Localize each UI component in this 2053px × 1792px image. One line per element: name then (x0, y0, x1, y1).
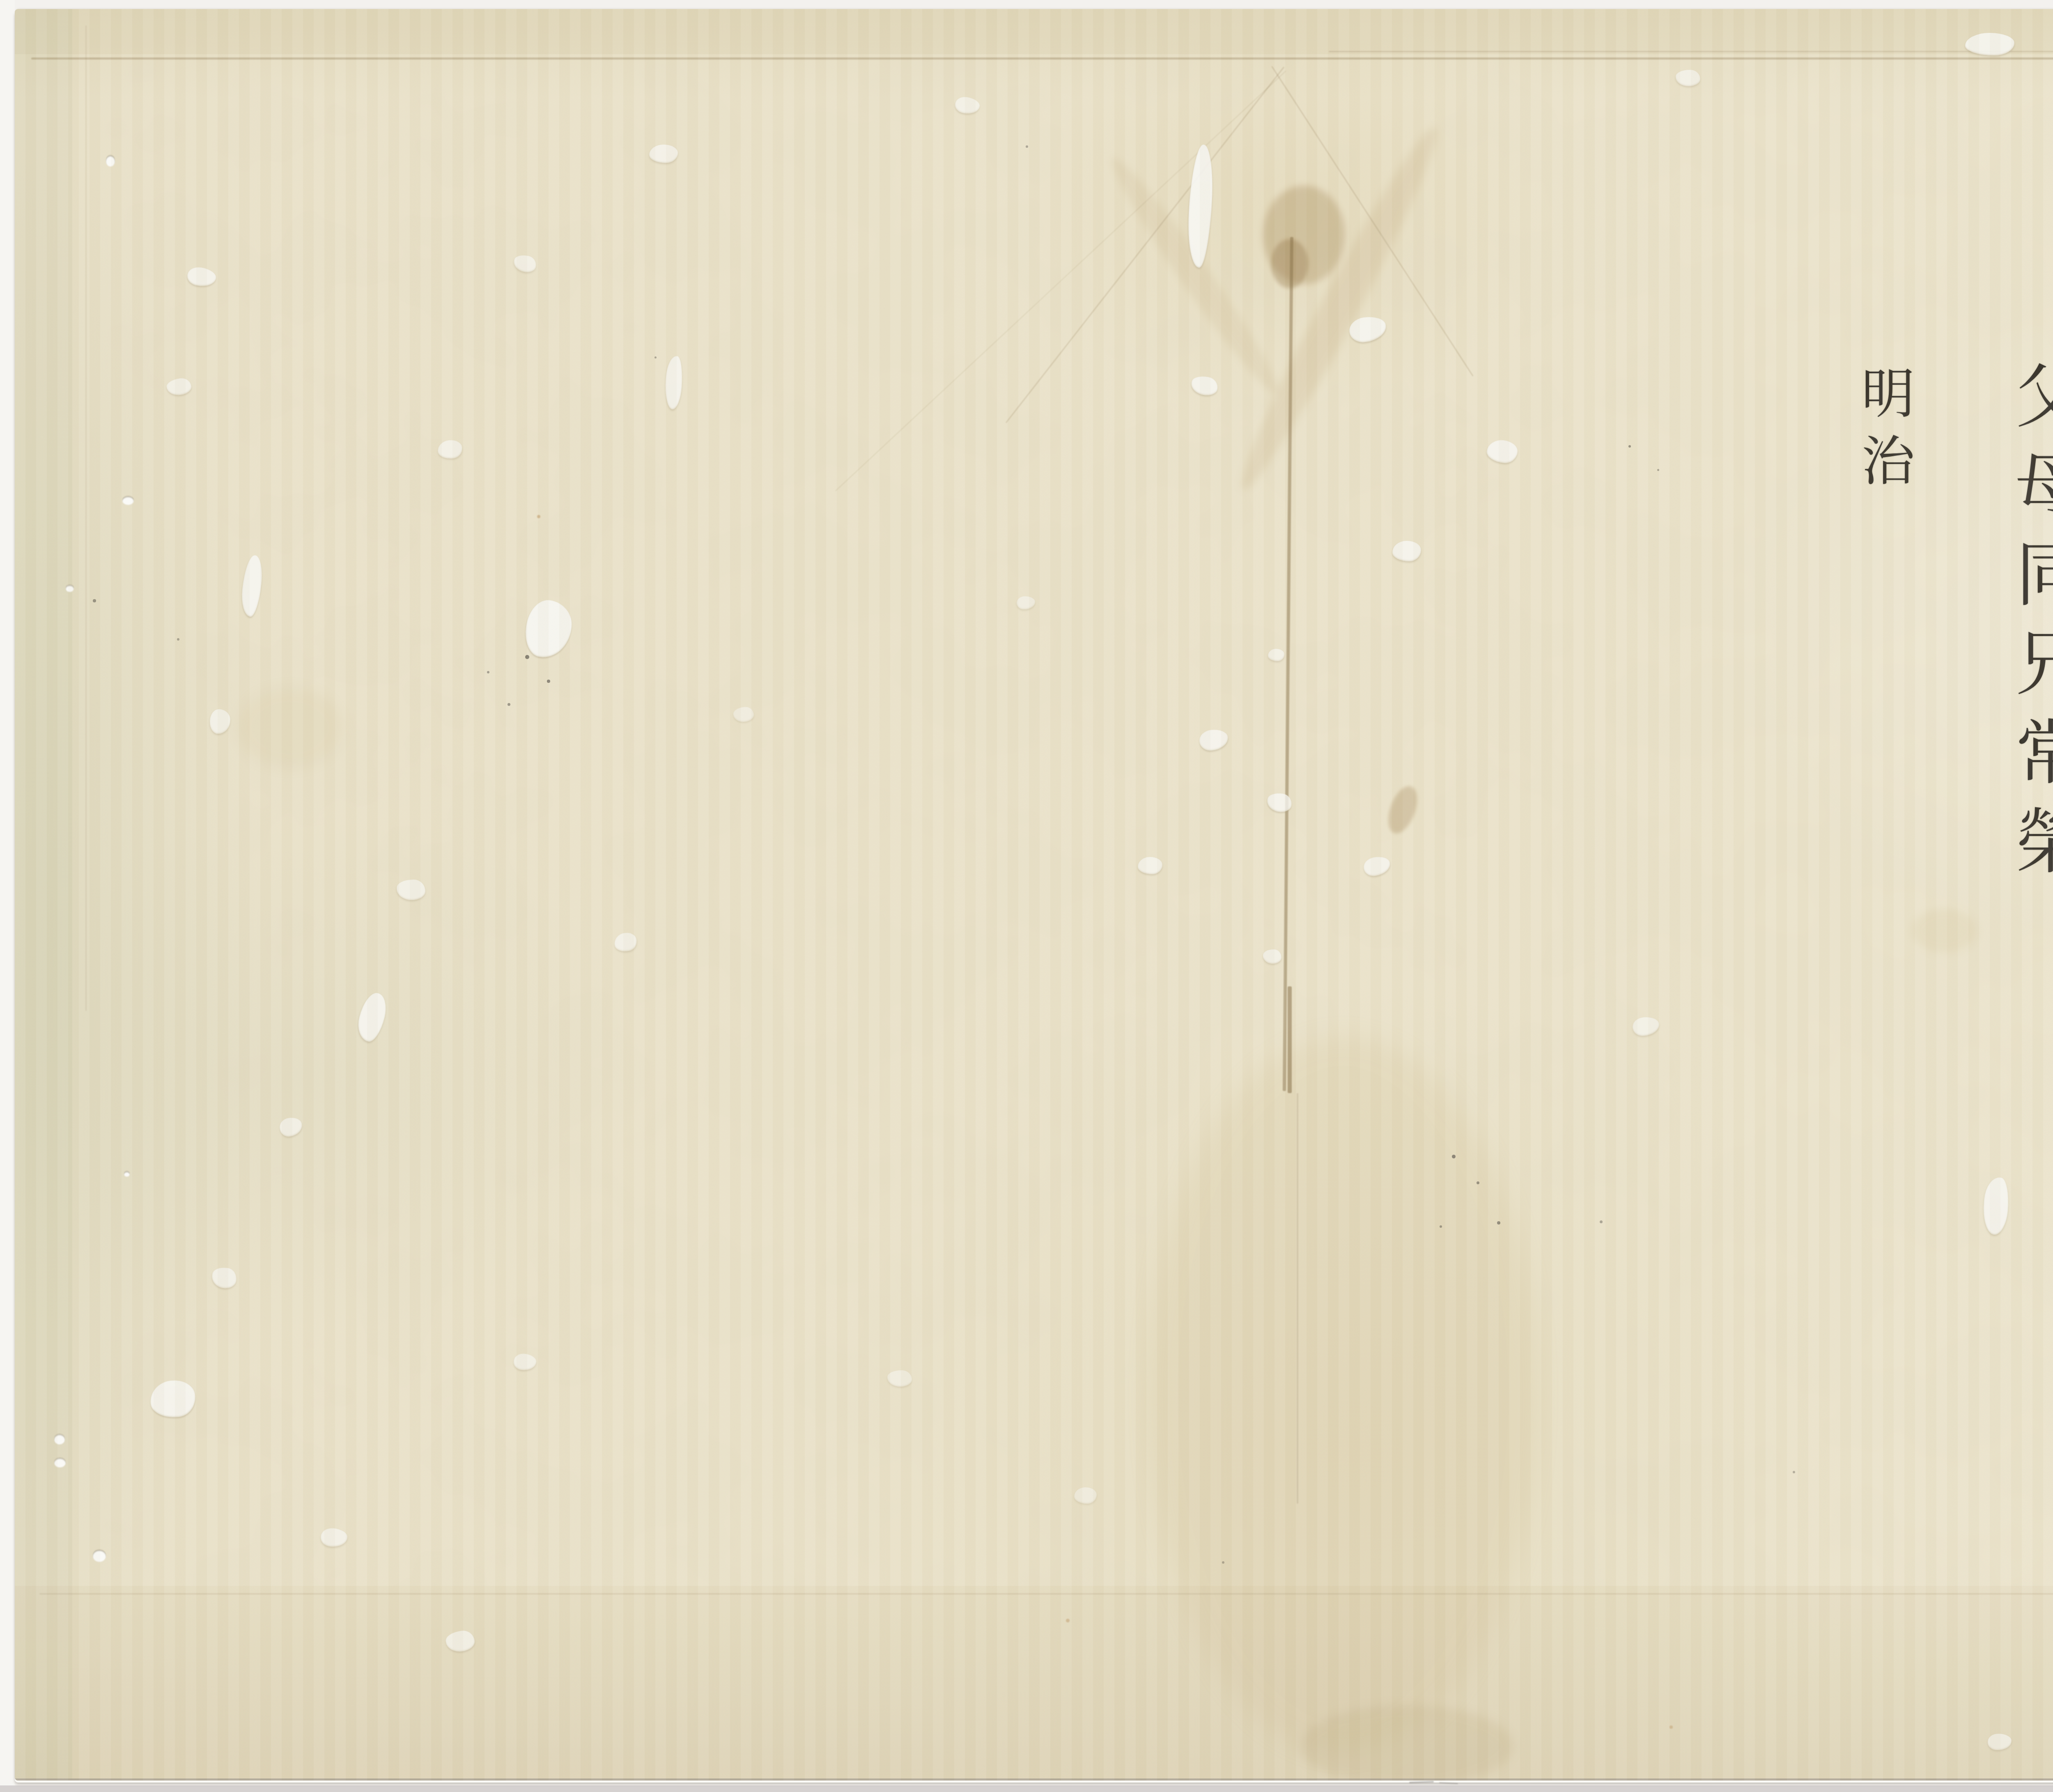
faint-pencil-mark (1409, 1781, 1434, 1783)
abrasion-patch (320, 1527, 348, 1548)
fold-line (1297, 1093, 1298, 1504)
stain (237, 687, 343, 769)
abrasion-patch (278, 1116, 304, 1138)
ink-speck (1628, 445, 1631, 448)
fold-line (1271, 66, 1474, 376)
abrasion-patch-layer (15, 9, 2053, 1781)
stain (1263, 186, 1345, 284)
rust-speck (1066, 1619, 1070, 1622)
paper-tone-band-bottom (15, 1586, 2053, 1781)
abrasion-patch (1965, 33, 2014, 55)
ink-speck (508, 703, 510, 706)
abrasion-patch (354, 990, 390, 1044)
abrasion-patch (513, 1353, 537, 1372)
fold-line (1283, 237, 1293, 1091)
abrasion-patch (210, 709, 230, 734)
ink-speck (1600, 1220, 1603, 1223)
fold-line (835, 71, 1286, 491)
stain (1101, 150, 1290, 402)
stain (1226, 119, 1452, 499)
crease-layer (15, 9, 2053, 1781)
abrasion-patch (186, 265, 218, 288)
wormhole (124, 1171, 130, 1176)
ink-speck (1477, 1181, 1479, 1184)
ink-speck (1657, 469, 1659, 471)
wormhole (66, 585, 74, 591)
paper-tone-band-top (15, 9, 2053, 54)
abrasion-patch (1190, 374, 1219, 397)
text-column-4: 明治 (1857, 365, 1911, 500)
scan-mat-bottom (0, 1785, 2053, 1792)
abrasion-patch (1392, 541, 1421, 561)
wormhole (54, 1458, 66, 1467)
wormhole-layer (15, 9, 2053, 1781)
paper-bottom-edge (15, 1778, 2053, 1781)
ink-speck (1440, 1225, 1442, 1228)
stain (1912, 908, 1977, 953)
manuscript-page: 常喜 童谷石金 父母同兄常榮 明治 169 (15, 9, 2053, 1781)
abrasion-patch (1186, 144, 1215, 268)
faint-pencil-mark (1439, 1782, 1458, 1784)
fold-line (1288, 986, 1292, 1093)
abrasion-patch (1988, 1734, 2012, 1750)
ink-speck (93, 599, 96, 602)
abrasion-patch (1348, 315, 1387, 344)
abrasion-patch (522, 597, 575, 661)
crease-line (39, 1593, 2053, 1594)
stain (1271, 239, 1308, 288)
text-column-3: 父母同兄常榮 (2009, 359, 2053, 894)
abrasion-patch (1486, 439, 1518, 464)
paper-grain-texture (15, 9, 2053, 1781)
ink-speck (1222, 1561, 1224, 1564)
ink-speck (1497, 1221, 1500, 1225)
abrasion-patch (1632, 1016, 1660, 1036)
rust-speck (537, 515, 540, 518)
abrasion-patch (149, 1378, 197, 1420)
abrasion-patch (1362, 855, 1392, 878)
abrasion-patch (1268, 649, 1284, 661)
abrasion-patch (887, 1370, 912, 1387)
abrasion-patch (649, 145, 678, 163)
abrasion-patch (512, 253, 537, 274)
rust-speck (1669, 1725, 1673, 1729)
ink-speck (487, 671, 489, 673)
stain (1148, 1036, 1538, 1754)
ink-speck (1793, 1471, 1795, 1473)
ink-speck (525, 655, 529, 659)
abrasion-patch (1676, 70, 1700, 86)
abrasion-patch (239, 554, 264, 618)
abrasion-patch (613, 931, 638, 953)
abrasion-patch (1199, 728, 1229, 751)
paper-tone-band-left (15, 9, 72, 1781)
crease-line (1329, 51, 2053, 52)
abrasion-patch (1017, 596, 1035, 609)
speck-layer (15, 9, 2053, 1781)
abrasion-patch (445, 1629, 476, 1653)
ink-speck (1026, 145, 1028, 148)
abrasion-patch (1981, 1176, 2011, 1236)
fold-line (85, 25, 87, 1011)
scanned-document: 常喜 童谷石金 父母同兄常榮 明治 169 (0, 0, 2053, 1792)
abrasion-patch (1138, 857, 1162, 874)
abrasion-patch (664, 356, 684, 410)
abrasion-patch (437, 439, 463, 459)
wormhole (93, 1550, 106, 1561)
crease-line (31, 57, 2053, 60)
abrasion-patch (166, 377, 193, 397)
abrasion-patch (954, 95, 981, 116)
fold-line (1006, 67, 1285, 423)
ink-speck (547, 680, 550, 683)
abrasion-patch (211, 1266, 238, 1290)
wormhole (54, 1434, 65, 1444)
stain-layer (15, 9, 2053, 1781)
ink-speck (1452, 1155, 1456, 1158)
abrasion-patch (733, 706, 754, 723)
abrasion-patch (1266, 792, 1293, 813)
ink-speck (654, 356, 657, 358)
ink-speck (177, 638, 179, 641)
stain (1300, 1705, 1513, 1781)
stain (1382, 782, 1422, 837)
abrasion-patch (397, 880, 425, 900)
wormhole (122, 496, 134, 504)
scan-mat-left (0, 0, 15, 1792)
wormhole (106, 155, 115, 166)
abrasion-patch (1263, 949, 1281, 964)
abrasion-patch (1074, 1487, 1097, 1504)
